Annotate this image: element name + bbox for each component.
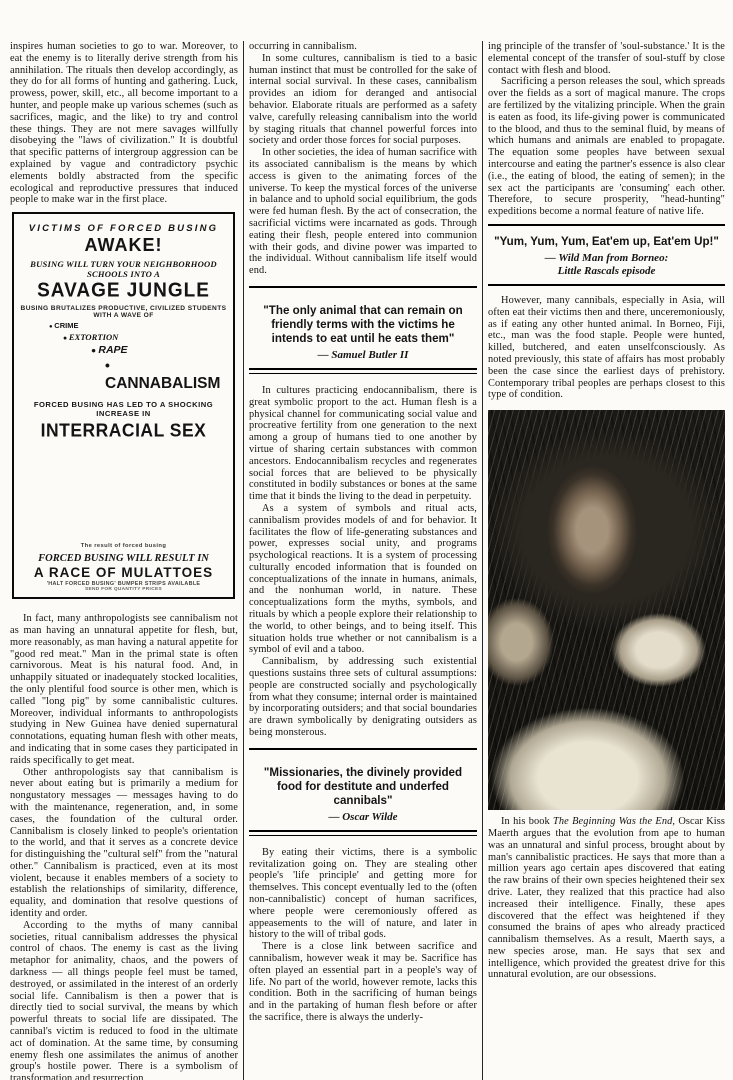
quote-attribution: — Samuel Butler II [253, 349, 473, 362]
paragraph: However, many cannibals, especially in A… [488, 295, 725, 401]
ad-halftone-photo [43, 446, 206, 540]
paragraph: As a system of symbols and ritual acts, … [249, 503, 477, 656]
pull-quote-wild-man: "Yum, Yum, Yum, Eat'em up, Eat'em Up!" —… [488, 224, 725, 286]
ad-shocking-increase-line: FORCED BUSING HAS LED TO A SHOCKING INCR… [19, 400, 228, 418]
paragraph: In some cultures, cannibalism is tied to… [249, 53, 477, 147]
pull-quote-oscar-wilde: "Missionaries, the divinely provided foo… [249, 748, 477, 836]
column-divider [482, 41, 483, 1080]
quote-attribution-line2: Little Rascals episode [492, 265, 721, 278]
three-column-layout: inspires human societies to go to war. M… [10, 41, 733, 1080]
scanned-article-page: inspires human societies to go to war. M… [0, 0, 733, 1080]
quote-attribution: — Oscar Wilde [253, 811, 473, 824]
ad-result-line: FORCED BUSING WILL RESULT IN [19, 553, 228, 564]
paragraph-text: In his book [501, 816, 553, 827]
quote-rule [249, 368, 477, 370]
paragraph-text: , Oscar Kiss Maerth argues that the evol… [488, 816, 725, 980]
paragraph: There is a close link between sacrifice … [249, 941, 477, 1024]
ad-quantity-prices-line: SEND FOR QUANTITY PRICES [19, 587, 228, 592]
paragraph: occurring in cannibalism. [249, 41, 477, 53]
quote-text: "Missionaries, the divinely provided foo… [253, 766, 473, 808]
ad-headline-awake: AWAKE! [19, 235, 228, 256]
quote-rule-thin [249, 835, 477, 836]
paragraph: inspires human societies to go to war. M… [10, 41, 238, 206]
ad-headline-savage-jungle: SAVAGE JUNGLE [19, 280, 228, 303]
paragraph: By eating their victims, there is a symb… [249, 847, 477, 941]
pull-quote-samuel-butler: "The only animal that can remain on frie… [249, 286, 477, 374]
ad-headline-interracial-sex: INTERRACIAL SEX [19, 419, 228, 442]
paragraph: Sacrificing a person releases the soul, … [488, 76, 725, 218]
quote-attribution: — Wild Man from Borneo: [492, 252, 721, 265]
ad-subheadline: BUSING WILL TURN YOUR NEIGHBORHOOD SCHOO… [19, 259, 228, 279]
paragraph: ing principle of the transfer of 'soul-s… [488, 41, 725, 76]
ad-bullet-cannabalism: CANNABALISM [105, 357, 228, 393]
quote-text: "Yum, Yum, Yum, Eat'em up, Eat'em Up!" [492, 235, 721, 249]
paragraph: In his book The Beginning Was the End, O… [488, 816, 725, 981]
quote-rule [249, 830, 477, 832]
column-right: ing principle of the transfer of 'soul-s… [488, 41, 725, 1080]
paragraph: In other societies, the idea of human sa… [249, 147, 477, 277]
ad-bullet-extortion: EXTORTION [63, 332, 228, 342]
column-left: inspires human societies to go to war. M… [10, 41, 238, 1080]
forced-busing-ad-box: VICTIMS OF FORCED BUSING AWAKE! BUSING W… [12, 212, 235, 599]
paragraph: Cannibalism, by addressing such existent… [249, 656, 477, 739]
ad-bullet-list: CRIME EXTORTION RAPE CANNABALISM [19, 321, 228, 393]
ad-race-line: A RACE OF MULATTOES [19, 565, 228, 580]
ad-kicker: VICTIMS OF FORCED BUSING [19, 223, 228, 234]
column-middle: occurring in cannibalism. In some cultur… [249, 41, 477, 1080]
column-divider [243, 41, 244, 1080]
paragraph: Other anthropologists say that cannibali… [10, 767, 238, 920]
quote-rule-thin [249, 373, 477, 374]
book-title: The Beginning Was the End [553, 816, 672, 827]
ad-brutalizes-line: BUSING BRUTALIZES PRODUCTIVE, CIVILIZED … [19, 305, 228, 319]
paragraph: In fact, many anthropologists see cannib… [10, 613, 238, 766]
paragraph: In cultures practicing endocannibalism, … [249, 385, 477, 503]
ad-bullet-crime: CRIME [49, 321, 228, 330]
ad-photo-caption: The result of forced busing [19, 543, 228, 549]
quote-rule [488, 284, 725, 286]
quote-text: "The only animal that can remain on frie… [253, 304, 473, 346]
cannibalism-halftone-photo [488, 410, 725, 810]
ad-bullet-rape: RAPE [91, 344, 228, 356]
paragraph: According to the myths of many cannibal … [10, 920, 238, 1080]
